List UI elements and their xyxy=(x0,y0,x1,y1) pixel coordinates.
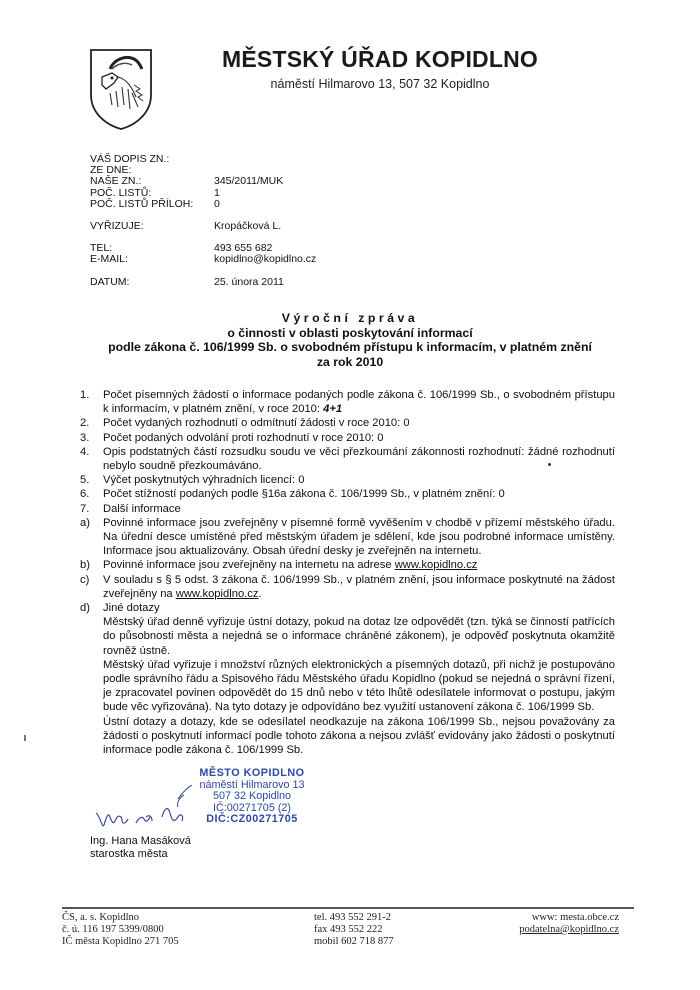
meta-row-attachment-count: POČ. LISTŮ PŘÍLOH:0 xyxy=(90,199,316,210)
website-link[interactable]: www.kopidlno.cz xyxy=(176,588,259,600)
office-name-heading: MĚSTSKÝ ÚŘAD KOPIDLNO xyxy=(190,46,570,73)
footer-email-link[interactable]: podatelna@kopidlno.cz xyxy=(519,924,619,936)
meta-row-handler: VYŘIZUJE:Kropáčková L. xyxy=(90,221,316,232)
footer-bank-info: ČS, a. s. Kopidlno č. ú. 116 197 5399/08… xyxy=(62,912,179,948)
report-title-year: za rok 2010 xyxy=(60,355,640,370)
paragraph-not-considered: Ústní dotazy a dotazy, kde se odesílatel… xyxy=(103,715,615,758)
list-item-6: 6. Počet stížností podaných podle §16a z… xyxy=(80,487,615,501)
report-title-line2: o činnosti v oblasti poskytování informa… xyxy=(60,326,640,341)
signer-name: Ing. Hana Masáková xyxy=(90,835,191,848)
paragraph-oral-queries: Městský úřad denně vyřizuje ústní dotazy… xyxy=(103,615,615,658)
report-title: Výroční zpráva o činnosti v oblasti posk… xyxy=(60,311,640,369)
meta-row-date: DATUM:25. února 2011 xyxy=(90,277,316,288)
list-item-a: a) Povinné informace jsou zveřejněny v p… xyxy=(80,516,615,559)
list-item-5: 5. Výčet poskytnutých výhradních licencí… xyxy=(80,473,615,487)
office-address: náměstí Hilmarovo 13, 507 32 Kopidlno xyxy=(190,77,570,91)
report-title-main: Výroční zpráva xyxy=(60,311,640,326)
footer-phone-info: tel. 493 552 291-2 fax 493 552 222 mobil… xyxy=(314,912,394,948)
footer-divider xyxy=(62,907,634,909)
list-item-c: c) V souladu s § 5 odst. 3 zákona č. 106… xyxy=(80,573,615,601)
website-link[interactable]: www.kopidlno.cz xyxy=(395,559,478,571)
meta-row-email: E-MAIL:kopidlno@kopidlno.cz xyxy=(90,254,316,265)
meta-row-our-ref: NAŠE ZN.:345/2011/MUK xyxy=(90,176,316,187)
paragraph-written-queries: Městský úřad vyřizuje i množství různých… xyxy=(103,658,615,715)
list-item-1: 1. Počet písemných žádostí o informace p… xyxy=(80,388,615,416)
footer-web-info: www: mesta.obce.cz podatelna@kopidlno.cz xyxy=(519,912,619,936)
official-stamp: MĚSTO KOPIDLNO náměstí Hilmarovo 13 507 … xyxy=(196,768,308,826)
footer-website[interactable]: www: mesta.obce.cz xyxy=(519,912,619,924)
coat-of-arms-logo-icon xyxy=(88,47,154,131)
letter-metadata: VÁŠ DOPIS ZN.: ZE DNE: NAŠE ZN.:345/2011… xyxy=(90,154,316,288)
handwritten-count: 4+1 xyxy=(323,403,342,415)
signer-block: Ing. Hana Masáková starostka města xyxy=(90,835,191,861)
list-item-d-heading: Jiné dotazy xyxy=(103,601,615,615)
list-item-4: 4. Opis podstatných částí rozsudku soudu… xyxy=(80,445,615,473)
signer-role: starostka města xyxy=(90,848,191,861)
scan-speck xyxy=(24,735,26,741)
list-item-3: 3. Počet podaných odvolání proti rozhodn… xyxy=(80,431,615,445)
list-item-2: 2. Počet vydaných rozhodnutí o odmítnutí… xyxy=(80,416,615,430)
report-items: 1. Počet písemných žádostí o informace p… xyxy=(80,388,615,757)
list-item-b: b) Povinné informace jsou zveřejněny na … xyxy=(80,558,615,572)
list-item-7: 7. Další informace xyxy=(80,502,615,516)
report-title-line3: podle zákona č. 106/1999 Sb. o svobodném… xyxy=(60,340,640,355)
list-item-d: d) Jiné dotazy Městský úřad denně vyřizu… xyxy=(80,601,615,757)
scan-speck xyxy=(548,463,551,466)
handwritten-signature-icon xyxy=(90,785,210,835)
